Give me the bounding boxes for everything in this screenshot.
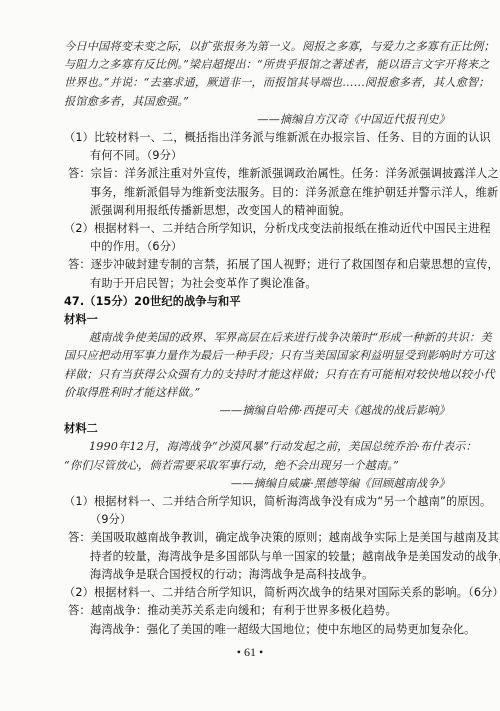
question-text: 中的作用。（6分） [64, 238, 454, 256]
material-quote: 今日中国将变未变之际，以扩张报务为第一义。阅报之多寡，与爱力之多寡有正比例； 与… [64, 38, 454, 129]
quote-line: 报馆愈多者，其国愈强。” [64, 93, 454, 111]
material-label: 材料二 [64, 420, 454, 438]
material-label: 材料一 [64, 311, 454, 329]
answer-text: 事务，维新派倡导为维新变法服务。目的：洋务派意在维护朝廷并警示洋人，维新 [64, 184, 454, 202]
material-2: 1990年12月，海湾战争“沙漠风暴”行动发起之前，美国总统乔治·布什表示： “… [64, 438, 454, 493]
material-source: ——摘编自威廉·黑德等编《回顾越南战争》 [64, 475, 454, 493]
material-source: ——摘编自哈佛·西提可夫《越战的战后影响》 [64, 402, 454, 420]
answer-label: 答： [64, 531, 91, 544]
answer-text: 宗旨：洋务派注重对外宣传，维新派强调政治属性。任务：洋务派强调披露洋人之 [91, 167, 499, 180]
answer-text: 越南战争：推动美苏关系走向缓和；有利于世界多极化趋势。 [91, 604, 397, 617]
question-label: （2） [64, 586, 94, 599]
material-line: 1990年12月，海湾战争“沙漠风暴”行动发起之前，美国总统乔治·布什表示： [64, 438, 454, 456]
answer-text: 海湾战争是联合国授权的行动；海湾战争是高科技战争。 [64, 566, 454, 584]
question-47: 47.（15分）20世纪的战争与和平 材料一 [64, 293, 454, 329]
answer-text: 有助于开启民智；为社会变革作了舆论准备。 [64, 275, 454, 293]
quote-line: 世界也。”并说：“去塞求通，厥道非一，而报馆其导端也……阅报愈多者，其人愈智； [64, 74, 454, 92]
question-label: （2） [64, 222, 94, 235]
answer-46-2: 答：逐步冲破封建专制的言禁，拓展了国人视野；进行了救国图存和启蒙思想的宣传， 有… [64, 256, 454, 292]
answer-text: 美国吸取越南战争教训，确定战争决策的原则；越南战争实际上是美国与越南及其支 [91, 531, 500, 544]
answer-text: 逐步冲破封建专制的言禁，拓展了国人视野；进行了救国图存和启蒙思想的宣传， [91, 258, 499, 271]
page-number: • 61 • [0, 645, 500, 660]
material-line: 价取得胜利时才能这样做。” [64, 384, 454, 402]
question-text: 根据材料一、二并结合所学知识，简析海湾战争没有成为“另一个越南”的原因。 [94, 495, 491, 508]
material-line: “你们尽管放心，倘若需要采取军事行动，绝不会出现另一个越南。” [64, 457, 454, 475]
answer-label: 答： [64, 258, 91, 271]
answer-label: 答： [64, 167, 91, 180]
answer-47-2: 答：越南战争：推动美苏关系走向缓和；有利于世界多极化趋势。 海湾战争：强化了美国… [64, 602, 454, 638]
quote-line: 今日中国将变未变之际，以扩张报务为第一义。阅报之多寡，与爱力之多寡有正比例； [64, 38, 454, 56]
document-page: 今日中国将变未变之际，以扩张报务为第一义。阅报之多寡，与爱力之多寡有正比例； 与… [64, 38, 454, 639]
answer-label: 答： [64, 604, 91, 617]
answer-47-1: 答：美国吸取越南战争教训，确定战争决策的原则；越南战争实际上是美国与越南及其支 … [64, 529, 454, 584]
question-text: 比较材料一、二，概括指出洋务派与维新派在办报宗旨、任务、目的方面的认识 [94, 131, 491, 144]
question-text: （9分） [64, 511, 454, 529]
question-47-1: （1）根据材料一、二并结合所学知识，简析海湾战争没有成为“另一个越南”的原因。 … [64, 493, 454, 529]
question-label: （1） [64, 495, 94, 508]
question-label: （1） [64, 131, 94, 144]
question-title: 47.（15分）20世纪的战争与和平 [64, 293, 454, 311]
question-text: 有何不同。（9分） [64, 147, 454, 165]
answer-text: 海湾战争：强化了美国的唯一超级大国地位；使中东地区的局势更加复杂化。 [64, 621, 454, 639]
question-text: 根据材料一、二并结合所学知识，分析戊戌变法前报纸在推动近代中国民主进程 [94, 222, 491, 235]
material-line: 样做；只有当获得公众强有力的支持时才能这样做；只有在有可能相对较快地以较小代 [64, 366, 454, 384]
question-text: 根据材料一、二并结合所学知识，简析两次战争的结果对国际关系的影响。（6分） [94, 586, 500, 599]
answer-text: 派强调利用报纸传播新思想，改变国人的精神面貌。 [64, 202, 454, 220]
material-1: 越南战争使美国的政界、军界高层在后来进行战争决策时“形成一种新的共识：美 国只应… [64, 329, 454, 420]
question-46-2: （2）根据材料一、二并结合所学知识，分析戊戌变法前报纸在推动近代中国民主进程 中… [64, 220, 454, 256]
answer-46-1: 答：宗旨：洋务派注重对外宣传，维新派强调政治属性。任务：洋务派强调披露洋人之 事… [64, 165, 454, 220]
material-line: 国只应把动用军事力量作为最后一种手段；只有当美国国家利益明显受到影响时方可这 [64, 347, 454, 365]
quote-line: 与阻力之多寡有反比例。”梁启超提出：“所贵乎报馆之著述者，能以语言文字开将来之 [64, 56, 454, 74]
material-line: 越南战争使美国的政界、军界高层在后来进行战争决策时“形成一种新的共识：美 [64, 329, 454, 347]
question-46-1: （1）比较材料一、二，概括指出洋务派与维新派在办报宗旨、任务、目的方面的认识 有… [64, 129, 454, 165]
question-47-2: （2）根据材料一、二并结合所学知识，简析两次战争的结果对国际关系的影响。（6分） [64, 584, 454, 602]
answer-text: 持者的较量，海湾战争是多国部队与单一国家的较量；越南战争是美国发动的战争， [64, 548, 454, 566]
quote-source: ——摘编自方汉奇《中国近代报刊史》 [64, 111, 454, 129]
